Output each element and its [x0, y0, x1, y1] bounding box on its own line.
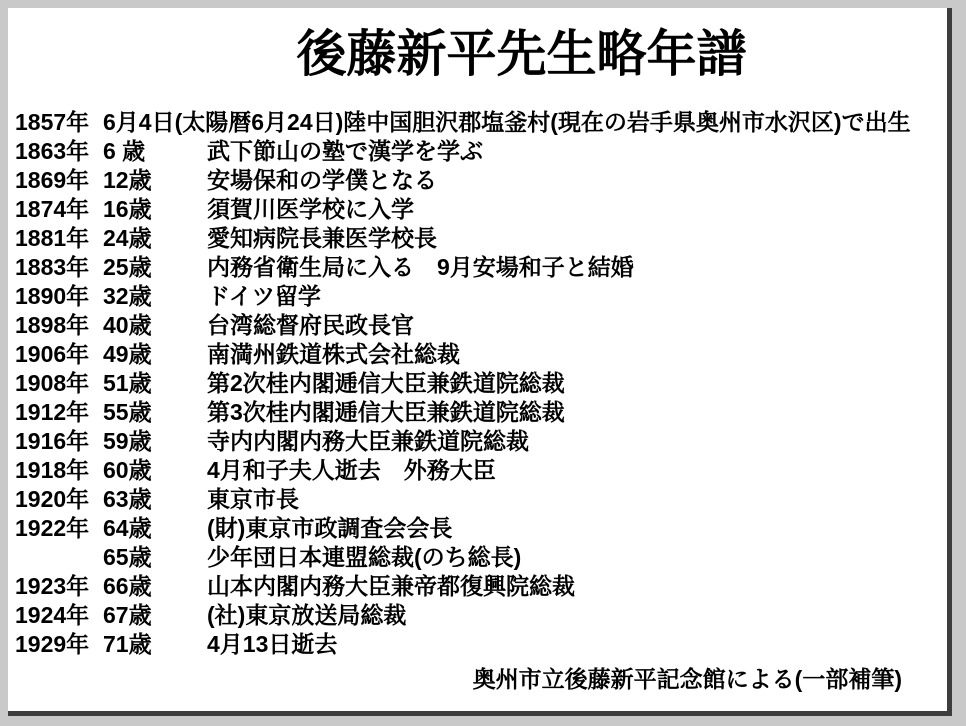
year-cell: 1906年	[8, 340, 103, 369]
event-cell: ドイツ留学	[207, 282, 947, 311]
age-cell: 24歳	[103, 224, 207, 253]
timeline-row: 1906年49歳南満州鉄道株式会社総裁	[8, 340, 947, 369]
year-cell: 1890年	[8, 282, 103, 311]
age-cell: 71歳	[103, 630, 207, 659]
timeline-row: 1924年67歳(社)東京放送局総裁	[8, 601, 947, 630]
timeline-row: 1874年16歳須賀川医学校に入学	[8, 195, 947, 224]
event-cell: (財)東京市政調査会会長	[207, 514, 947, 543]
year-cell: 1898年	[8, 311, 103, 340]
event-cell: 安場保和の学僕となる	[207, 166, 947, 195]
event-cell: 少年団日本連盟総裁(のち総長)	[207, 543, 947, 572]
source-attribution: 奥州市立後藤新平記念館による(一部補筆)	[8, 665, 947, 694]
age-cell: 6 歳	[103, 137, 207, 166]
age-cell: 32歳	[103, 282, 207, 311]
age-cell: 49歳	[103, 340, 207, 369]
event-cell: 武下節山の塾で漢学を学ぶ	[207, 137, 947, 166]
year-cell: 1929年	[8, 630, 103, 659]
age-cell: 60歳	[103, 456, 207, 485]
year-cell: 1908年	[8, 369, 103, 398]
timeline-row: 1890年32歳ドイツ留学	[8, 282, 947, 311]
timeline-row: 1908年51歳第2次桂内閣逓信大臣兼鉄道院総裁	[8, 369, 947, 398]
year-cell: 1923年	[8, 572, 103, 601]
timeline-row: 1918年60歳4月和子夫人逝去 外務大臣	[8, 456, 947, 485]
year-cell: 1881年	[8, 224, 103, 253]
event-cell: 4月13日逝去	[207, 630, 947, 659]
age-cell: 25歳	[103, 253, 207, 282]
timeline-row: 1929年71歳4月13日逝去	[8, 630, 947, 659]
event-cell: 台湾総督府民政長官	[207, 311, 947, 340]
age-cell: 59歳	[103, 427, 207, 456]
document-page: 後藤新平先生略年譜 1857年6月4日(太陽暦6月24日)陸中国胆沢郡塩釜村(現…	[8, 8, 952, 716]
age-cell: 64歳	[103, 514, 207, 543]
event-cell: 須賀川医学校に入学	[207, 195, 947, 224]
year-cell: 1869年	[8, 166, 103, 195]
timeline-row: 65歳少年団日本連盟総裁(のち総長)	[8, 543, 947, 572]
year-cell: 1916年	[8, 427, 103, 456]
timeline-row: 1923年66歳山本内閣内務大臣兼帝都復興院総裁	[8, 572, 947, 601]
event-cell: 第3次桂内閣逓信大臣兼鉄道院総裁	[207, 398, 947, 427]
year-cell: 1918年	[8, 456, 103, 485]
event-cell: 寺内内閣内務大臣兼鉄道院総裁	[207, 427, 947, 456]
timeline-row: 1916年59歳寺内内閣内務大臣兼鉄道院総裁	[8, 427, 947, 456]
timeline-row: 1857年6月4日(太陽暦6月24日)陸中国胆沢郡塩釜村(現在の岩手県奥州市水沢…	[8, 108, 947, 137]
timeline-row: 1863年6 歳武下節山の塾で漢学を学ぶ	[8, 137, 947, 166]
age-cell: 63歳	[103, 485, 207, 514]
timeline-row: 1883年25歳内務省衛生局に入る 9月安場和子と結婚	[8, 253, 947, 282]
event-cell: 4月和子夫人逝去 外務大臣	[207, 456, 947, 485]
event-cell: 東京市長	[207, 485, 947, 514]
age-cell: 51歳	[103, 369, 207, 398]
event-cell: 山本内閣内務大臣兼帝都復興院総裁	[207, 572, 947, 601]
event-cell: 南満州鉄道株式会社総裁	[207, 340, 947, 369]
year-cell: 1924年	[8, 601, 103, 630]
event-cell: 愛知病院長兼医学校長	[207, 224, 947, 253]
year-cell: 1863年	[8, 137, 103, 166]
age-cell: 66歳	[103, 572, 207, 601]
year-cell: 1883年	[8, 253, 103, 282]
year-cell: 1912年	[8, 398, 103, 427]
timeline-row: 1869年12歳安場保和の学僕となる	[8, 166, 947, 195]
year-cell: 1857年	[8, 108, 103, 137]
age-cell: 55歳	[103, 398, 207, 427]
event-cell: 第2次桂内閣逓信大臣兼鉄道院総裁	[207, 369, 947, 398]
age-cell: 16歳	[103, 195, 207, 224]
event-cell: 内務省衛生局に入る 9月安場和子と結婚	[207, 253, 947, 282]
event-cell: 6月4日(太陽暦6月24日)陸中国胆沢郡塩釜村(現在の岩手県奥州市水沢区)で出生	[103, 108, 947, 137]
timeline-row: 1912年55歳第3次桂内閣逓信大臣兼鉄道院総裁	[8, 398, 947, 427]
event-cell: (社)東京放送局総裁	[207, 601, 947, 630]
year-cell: 1920年	[8, 485, 103, 514]
timeline-row: 1881年24歳愛知病院長兼医学校長	[8, 224, 947, 253]
age-cell: 67歳	[103, 601, 207, 630]
timeline-row: 1920年63歳東京市長	[8, 485, 947, 514]
age-cell: 65歳	[103, 543, 207, 572]
timeline-row: 1922年64歳(財)東京市政調査会会長	[8, 514, 947, 543]
year-cell: 1874年	[8, 195, 103, 224]
age-cell: 12歳	[103, 166, 207, 195]
age-cell: 40歳	[103, 311, 207, 340]
page-title: 後藤新平先生略年譜	[8, 26, 947, 82]
timeline: 1857年6月4日(太陽暦6月24日)陸中国胆沢郡塩釜村(現在の岩手県奥州市水沢…	[8, 108, 947, 659]
timeline-row: 1898年40歳台湾総督府民政長官	[8, 311, 947, 340]
year-cell: 1922年	[8, 514, 103, 543]
